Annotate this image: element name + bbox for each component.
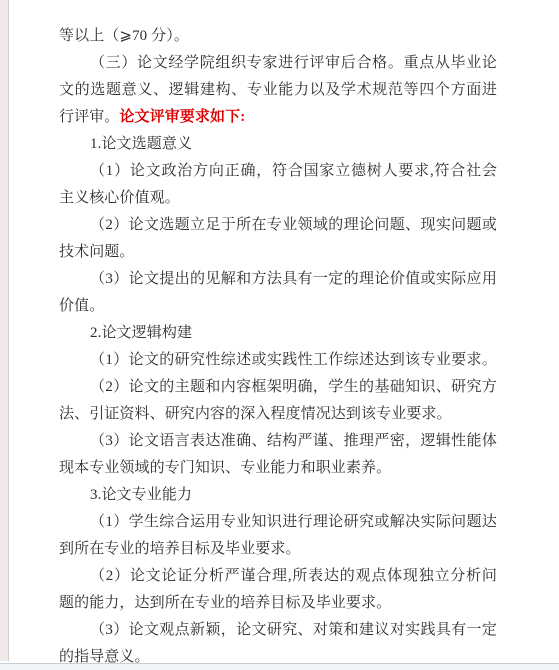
- text-line: （3）论文语言表达准确、结构严谨、推理严密，逻辑性能体: [59, 428, 497, 455]
- text-line-review-heading: 行评审。论文评审要求如下:: [59, 104, 497, 131]
- text-line: （2）论文论证分析严谨合理,所表达的观点体现独立分析问: [59, 563, 497, 590]
- text-line: （1）论文政治方向正确，符合国家立德树人要求,符合社会: [59, 158, 497, 185]
- page-edge-strip: [0, 0, 9, 661]
- text-line: （三）论文经学院组织专家进行评审后合格。重点从毕业论: [59, 50, 497, 77]
- text-line: 技术问题。: [59, 239, 497, 266]
- document-text: 等以上（⩾70 分）。 （三）论文经学院组织专家进行评审后合格。重点从毕业论 文…: [59, 23, 497, 670]
- text-line-score-threshold: 等以上（⩾70 分）。: [59, 23, 497, 50]
- text-line: （1）学生综合运用专业知识进行理论研究或解决实际问题达: [59, 509, 497, 536]
- text-line: （2）论文的主题和内容框架明确，学生的基础知识、研究方: [59, 374, 497, 401]
- section-heading-3: 3.论文专业能力: [59, 482, 497, 509]
- text-line: 法、引证资料、研究内容的深入程度情况达到该专业要求。: [59, 401, 497, 428]
- text-line: （2）论文选题立足于所在专业领域的理论问题、现实问题或: [59, 212, 497, 239]
- text-line: 的指导意义。: [59, 644, 497, 670]
- text-line: 价值。: [59, 293, 497, 320]
- text-line: （1）论文的研究性综述或实践性工作综述达到该专业要求。: [59, 347, 497, 374]
- section-heading-2: 2.论文逻辑构建: [59, 320, 497, 347]
- text-line: （3）论文提出的见解和方法具有一定的理论价值或实际应用: [59, 266, 497, 293]
- text-line: 到所在专业的培养目标及毕业要求。: [59, 536, 497, 563]
- text-run: 行评审。: [59, 109, 119, 125]
- section-heading-1: 1.论文选题意义: [59, 131, 497, 158]
- document-page: 等以上（⩾70 分）。 （三）论文经学院组织专家进行评审后合格。重点从毕业论 文…: [0, 0, 559, 670]
- text-line: （3）论文观点新颖，论文研究、对策和建议对实践具有一定: [59, 617, 497, 644]
- review-requirements-heading: 论文评审要求如下:: [119, 109, 245, 125]
- text-line: 题的能力，达到所在专业的培养目标及毕业要求。: [59, 590, 497, 617]
- text-line: 主义核心价值观。: [59, 185, 497, 212]
- text-line: 现本专业领域的专门知识、专业能力和职业素养。: [59, 455, 497, 482]
- text-line: 文的选题意义、逻辑建构、专业能力以及学术规范等四个方面进: [59, 77, 497, 104]
